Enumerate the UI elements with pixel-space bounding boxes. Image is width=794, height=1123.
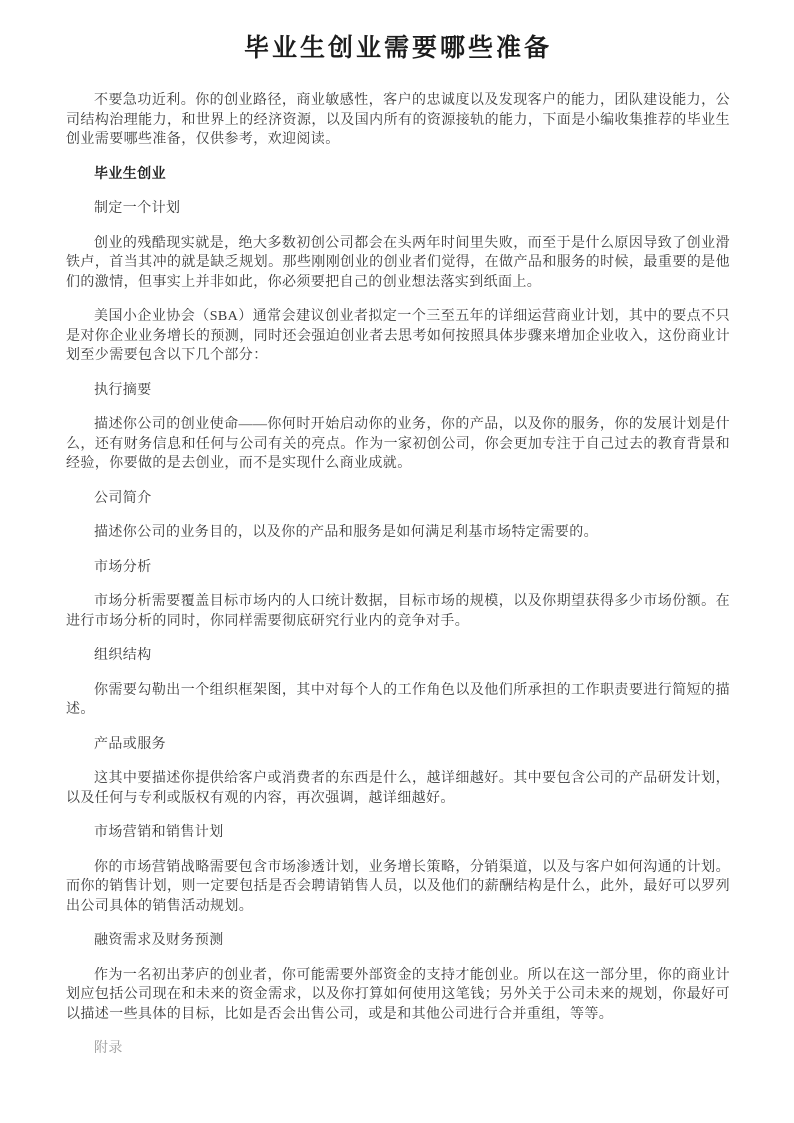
subheading-financing-forecast: 融资需求及财务预测 <box>66 931 730 951</box>
paragraph-startup-reality: 创业的残酷现实就是，绝大多数初创公司都会在头两年时间里失败，而至于是什么原因导致… <box>66 234 730 293</box>
intro-paragraph: 不要急功近利。你的创业路径，商业敏感性，客户的忠诚度以及发现客户的能力，团队建设… <box>66 91 730 150</box>
paragraph-marketing-sales-plan-desc: 你的市场营销战略需要包含市场渗透计划，业务增长策略，分销渠道，以及与客户如何沟通… <box>66 858 730 917</box>
paragraph-product-or-service-desc: 这其中要描述你提供给客户或消费者的东西是什么，越详细越好。其中要包含公司的产品研… <box>66 769 730 808</box>
subheading-appendix: 附录 <box>66 1039 730 1059</box>
paragraph-financing-forecast-desc: 作为一名初出茅庐的创业者，你可能需要外部资金的支持才能创业。所以在这一部分里，你… <box>66 966 730 1025</box>
subheading-market-analysis: 市场分析 <box>66 558 730 578</box>
paragraph-market-analysis-desc: 市场分析需要覆盖目标市场内的人口统计数据，目标市场的规模，以及你期望获得多少市场… <box>66 592 730 631</box>
document-title: 毕业生创业需要哪些准备 <box>66 28 730 64</box>
subheading-executive-summary: 执行摘要 <box>66 381 730 401</box>
heading-graduate-startup: 毕业生创业 <box>66 165 730 185</box>
paragraph-organization-structure-desc: 你需要勾勒出一个组织框架图，其中对每个人的工作角色以及他们所承担的工作职责要进行… <box>66 681 730 720</box>
paragraph-company-profile-desc: 描述你公司的业务目的，以及你的产品和服务是如何满足利基市场特定需要的。 <box>66 523 730 543</box>
document-page: 毕业生创业需要哪些准备 不要急功近利。你的创业路径，商业敏感性，客户的忠诚度以及… <box>0 0 794 1123</box>
paragraph-executive-summary-desc: 描述你公司的创业使命——你何时开始启动你的业务，你的产品，以及你的服务，你的发展… <box>66 415 730 474</box>
paragraph-sba-advice: 美国小企业协会（SBA）通常会建议创业者拟定一个三至五年的详细运营商业计划，其中… <box>66 307 730 366</box>
subheading-organization-structure: 组织结构 <box>66 646 730 666</box>
subheading-make-a-plan: 制定一个计划 <box>66 199 730 219</box>
subheading-product-or-service: 产品或服务 <box>66 735 730 755</box>
subheading-marketing-sales-plan: 市场营销和销售计划 <box>66 823 730 843</box>
subheading-company-profile: 公司简介 <box>66 489 730 509</box>
